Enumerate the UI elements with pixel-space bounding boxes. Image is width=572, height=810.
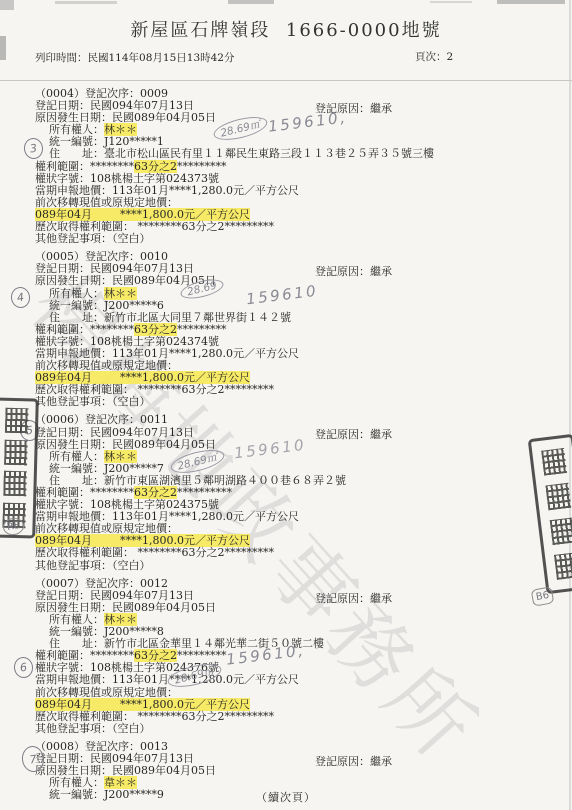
seal-glyph xyxy=(3,471,27,497)
scope-stars: ********* xyxy=(177,160,227,173)
scan-artifact xyxy=(55,1,117,4)
seq-line: （0007）登記次序：0012 xyxy=(35,578,550,590)
seq-line: （0006）登記次序：0011 xyxy=(35,414,550,426)
scan-edge-line xyxy=(569,0,571,810)
scope-highlight: 63分之2 xyxy=(134,323,177,336)
owner-label: 所有權人： xyxy=(49,613,104,626)
b6-mark: B6 xyxy=(531,586,555,606)
scope-highlight: 63分之2 xyxy=(134,160,177,173)
margin-circle-number: 4 xyxy=(10,286,32,309)
prev-value-highlight: 089年04月 ****1,800.0元／平方公尺 xyxy=(35,698,250,711)
prev-value-label: 前次移轉現值或原規定地價： xyxy=(35,687,550,699)
scanned-land-register-page: 楊梅地政事務所 新屋區石牌嶺段 1666-0000地號 列印時間：民國114年0… xyxy=(0,0,572,810)
seal-glyph xyxy=(549,518,572,546)
page-title: 新屋區石牌嶺段 1666-0000地號 xyxy=(0,16,572,42)
scope-stars: ******** xyxy=(90,323,134,336)
scan-artifact xyxy=(430,1,472,3)
other-items-line: 其他登記事項：（空白） xyxy=(35,233,550,245)
prev-value-highlight: 089年04月 ****1,800.0元／平方公尺 xyxy=(35,208,250,221)
reason-label: 登記原因：繼承 xyxy=(315,426,392,442)
registration-block-0004: （0004）登記次序：0009 登記原因：繼承 登記日期：民國094年07月13… xyxy=(35,88,550,245)
margin-circle-number: 6 xyxy=(13,656,35,679)
next-page-note: （續次頁） xyxy=(0,789,572,805)
other-items-line: 其他登記事項：（空白） xyxy=(35,560,550,572)
scan-artifact xyxy=(228,0,274,4)
owner-name-highlight: 林＊＊ xyxy=(104,287,137,300)
scan-artifact xyxy=(497,0,565,4)
print-time: 列印時間：民國114年08月15日13時42分 xyxy=(35,50,234,65)
reason-label: 登記原因：繼承 xyxy=(315,263,392,279)
registration-block-0005: （0005）登記次序：0010 登記原因：繼承 登記日期：民國094年07月13… xyxy=(35,251,550,408)
scope-label: 權利範圍： xyxy=(35,160,90,173)
other-items-line: 其他登記事項：（空白） xyxy=(35,396,550,408)
seal-glyph xyxy=(545,483,571,511)
reason-label: 登記原因：繼承 xyxy=(315,590,392,606)
owner-name-highlight: 林＊＊ xyxy=(104,613,137,626)
cert-line: 權狀字號：108桃楊土字第024373號 xyxy=(35,173,550,185)
seal-glyph xyxy=(4,439,28,465)
reason-label: 登記原因：繼承 xyxy=(315,753,392,769)
page-number: 頁次：2 xyxy=(415,49,453,64)
other-items-line: 其他登記事項：（空白） xyxy=(35,723,550,735)
scope-stars: ********* xyxy=(177,323,227,336)
declared-price-line: 當期申報地價：113年01月****1,280.0元／平方公尺 xyxy=(35,674,550,686)
prev-value-line: 089年04月 ****1,800.0元／平方公尺 xyxy=(35,699,550,711)
history-scope-line: 歷次取得權利範圍： ********63分之2********* xyxy=(35,711,550,723)
scope-label: 權利範圍： xyxy=(35,323,90,336)
seal-glyph xyxy=(4,408,28,434)
scan-artifact xyxy=(0,0,14,10)
history-scope-line: 歷次取得權利範圍： ********63分之2********* xyxy=(35,547,550,559)
owner-label: 所有權人： xyxy=(49,287,104,300)
owner-name-highlight: 林＊＊ xyxy=(104,450,137,463)
header-divider xyxy=(0,80,572,81)
seal-glyph xyxy=(553,552,572,580)
owner-label: 所有權人： xyxy=(49,450,104,463)
scope-line: 權利範圍：********63分之2********* xyxy=(35,161,550,173)
scope-stars: ******** xyxy=(90,160,134,173)
left-seal-stamp xyxy=(0,397,39,538)
seal-glyph xyxy=(541,448,567,476)
